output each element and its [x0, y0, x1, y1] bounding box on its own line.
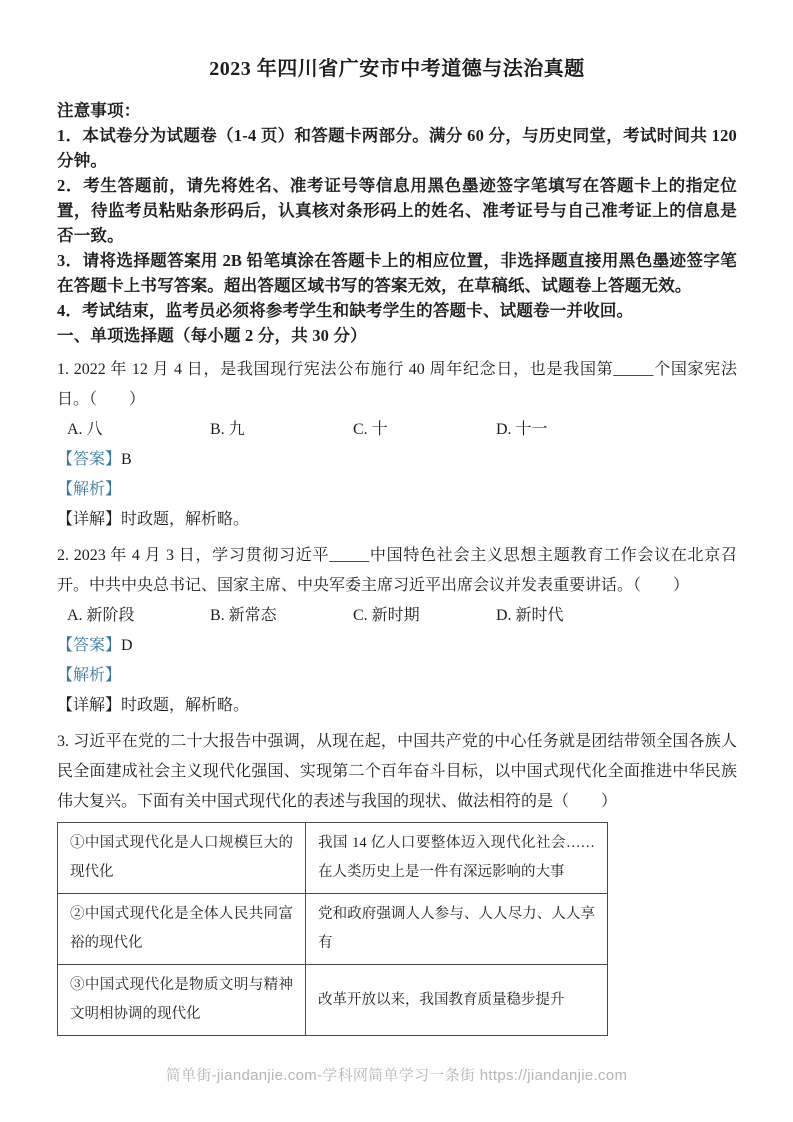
question-3: 3. 习近平在党的二十大报告中强调，从现在起，中国共产党的中心任务就是团结带领全… — [57, 727, 737, 1036]
question-3-text: 3. 习近平在党的二十大报告中强调，从现在起，中国共产党的中心任务就是团结带领全… — [57, 727, 737, 817]
detail-text: 时政题，解析略。 — [121, 697, 249, 714]
notice-item-3: 3．请将选择题答案用 2B 铅笔填涂在答题卡上的相应位置，非选择题直接用黑色墨迹… — [57, 248, 737, 298]
notices-block: 注意事项： 1．本试卷分为试题卷（1-4 页）和答题卡两部分。满分 60 分，与… — [57, 98, 737, 323]
analysis-label: 【解析】 — [57, 481, 121, 498]
notices-heading: 注意事项： — [57, 98, 737, 123]
question-2-option-a: A. 新阶段 — [67, 601, 210, 631]
question-2-option-c: C. 新时期 — [353, 601, 496, 631]
document-title: 2023 年四川省广安市中考道德与法治真题 — [57, 56, 737, 82]
section-heading-multiple-choice: 一、单项选择题（每小题 2 分，共 30 分） — [57, 323, 737, 349]
table-cell: 改革开放以来，我国教育质量稳步提升 — [306, 965, 608, 1036]
table-cell: ①中国式现代化是人口规模巨大的现代化 — [58, 823, 306, 894]
notice-item-4: 4．考试结束，监考员必须将参考学生和缺考学生的答题卡、试题卷一并收回。 — [57, 298, 737, 323]
table-cell: ②中国式现代化是全体人民共同富裕的现代化 — [58, 894, 306, 965]
table-row-3: ③中国式现代化是物质文明与精神文明相协调的现代化 改革开放以来，我国教育质量稳步… — [58, 965, 608, 1036]
answer-value: D — [121, 637, 133, 654]
answer-label: 【答案】 — [57, 637, 121, 654]
analysis-label: 【解析】 — [57, 667, 121, 684]
detail-text: 时政题，解析略。 — [121, 511, 249, 528]
question-1-option-b: B. 九 — [210, 415, 353, 445]
question-1: 1. 2022 年 12 月 4 日，是我国现行宪法公布施行 40 周年纪念日，… — [57, 355, 737, 535]
detail-label: 【详解】 — [57, 511, 121, 528]
table-row-1: ①中国式现代化是人口规模巨大的现代化 我国 14 亿人口要整体迈入现代化社会……… — [58, 823, 608, 894]
question-1-option-a: A. 八 — [67, 415, 210, 445]
question-2-answer-line: 【答案】D — [57, 631, 737, 661]
document-content: 2023 年四川省广安市中考道德与法治真题 注意事项： 1．本试卷分为试题卷（1… — [57, 56, 737, 1036]
question-2: 2. 2023 年 4 月 3 日，学习贯彻习近平_____中国特色社会主义思想… — [57, 541, 737, 721]
exam-document-page: 2023 年四川省广安市中考道德与法治真题 注意事项： 1．本试卷分为试题卷（1… — [0, 0, 793, 1122]
question-1-analysis-line: 【解析】 — [57, 475, 737, 505]
question-1-options: A. 八 B. 九 C. 十 D. 十一 — [57, 415, 737, 445]
question-2-analysis-line: 【解析】 — [57, 661, 737, 691]
question-2-text: 2. 2023 年 4 月 3 日，学习贯彻习近平_____中国特色社会主义思想… — [57, 541, 737, 601]
table-cell: ③中国式现代化是物质文明与精神文明相协调的现代化 — [58, 965, 306, 1036]
notice-item-1: 1．本试卷分为试题卷（1-4 页）和答题卡两部分。满分 60 分，与历史同堂，考… — [57, 123, 737, 173]
table-cell: 我国 14 亿人口要整体迈入现代化社会……在人类历史上是一件有深远影响的大事 — [306, 823, 608, 894]
question-1-detail-line: 【详解】时政题，解析略。 — [57, 505, 737, 535]
question-2-options: A. 新阶段 B. 新常态 C. 新时期 D. 新时代 — [57, 601, 737, 631]
question-1-option-d: D. 十一 — [496, 415, 737, 445]
question-1-text: 1. 2022 年 12 月 4 日，是我国现行宪法公布施行 40 周年纪念日，… — [57, 355, 737, 415]
question-2-option-b: B. 新常态 — [210, 601, 353, 631]
answer-label: 【答案】 — [57, 451, 121, 468]
question-1-answer-line: 【答案】B — [57, 445, 737, 475]
answer-value: B — [121, 451, 132, 468]
question-3-comparison-table: ①中国式现代化是人口规模巨大的现代化 我国 14 亿人口要整体迈入现代化社会……… — [57, 822, 608, 1036]
table-row-2: ②中国式现代化是全体人民共同富裕的现代化 党和政府强调人人参与、人人尽力、人人享… — [58, 894, 608, 965]
detail-label: 【详解】 — [57, 697, 121, 714]
table-cell: 党和政府强调人人参与、人人尽力、人人享有 — [306, 894, 608, 965]
notice-item-2: 2．考生答题前，请先将姓名、准考证号等信息用黑色墨迹签字笔填写在答题卡上的指定位… — [57, 173, 737, 248]
question-2-detail-line: 【详解】时政题，解析略。 — [57, 691, 737, 721]
page-footer-watermark: 简单街-jiandanjie.com-学科网简单学习一条街 https://ji… — [0, 1064, 793, 1085]
question-2-option-d: D. 新时代 — [496, 601, 737, 631]
question-1-option-c: C. 十 — [353, 415, 496, 445]
